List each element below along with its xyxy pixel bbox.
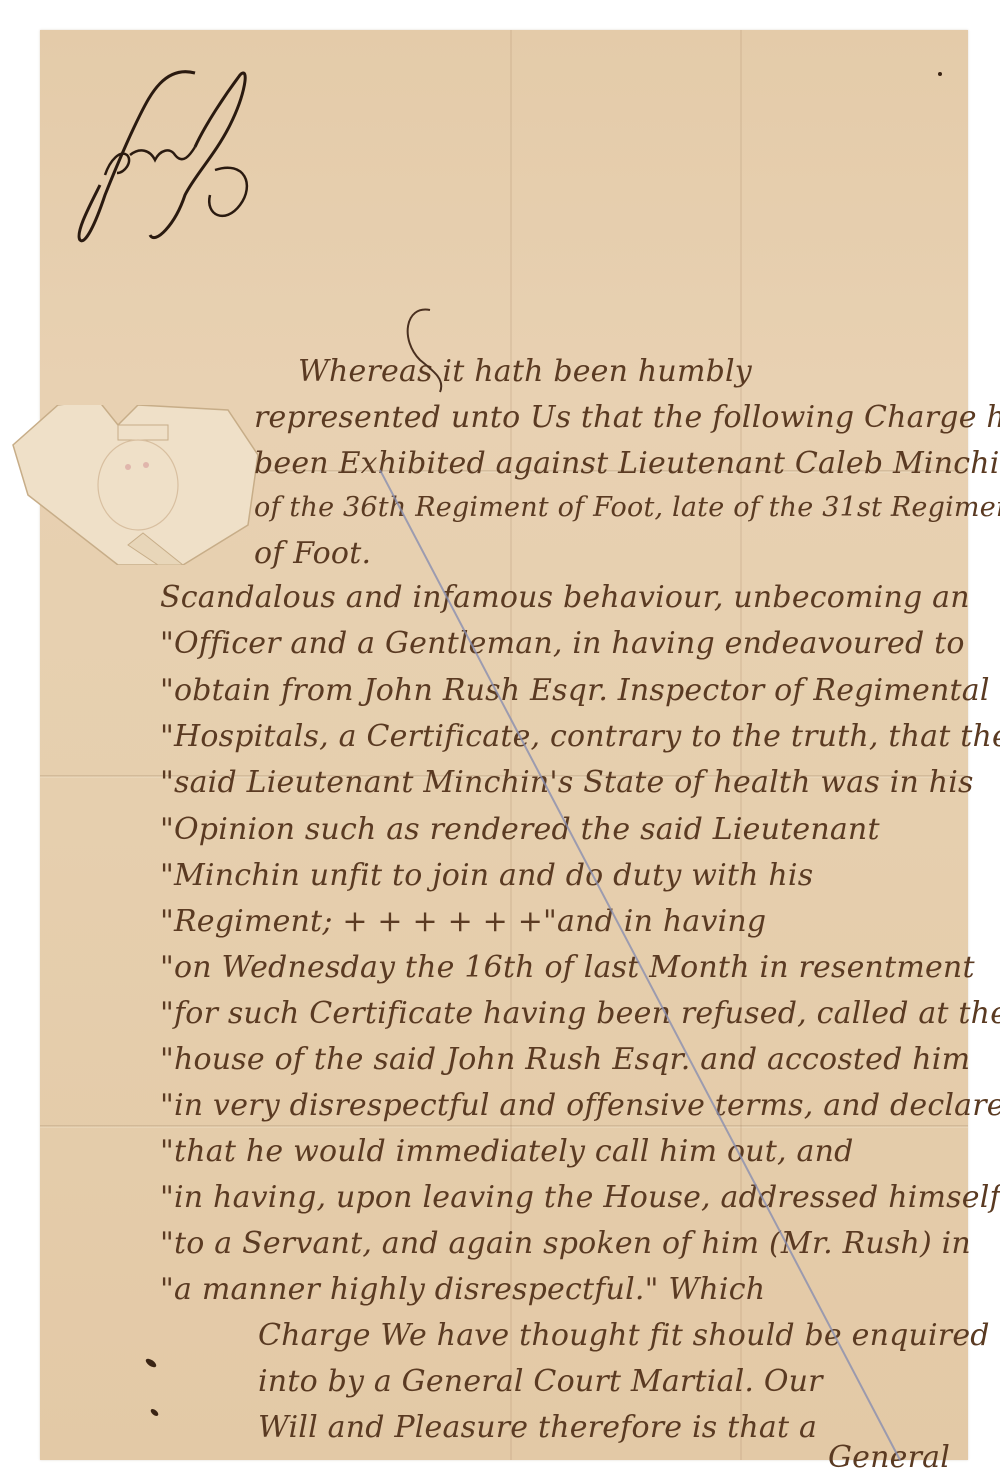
text-line: "that he would immediately call him out,… — [160, 1134, 854, 1169]
text-line: "Opinion such as rendered the said Lieut… — [160, 812, 880, 847]
text-line: been Exhibited against Lieutenant Caleb … — [254, 446, 1000, 481]
ink-stain — [938, 72, 942, 76]
text-line: "said Lieutenant Minchin's State of heal… — [160, 765, 974, 800]
text-line: "Officer and a Gentleman, in having ende… — [160, 626, 965, 661]
text-line: into by a General Court Martial. Our — [258, 1364, 823, 1399]
royal-signature-george-r — [55, 55, 295, 255]
text-line: Scandalous and infamous behaviour, unbec… — [160, 580, 970, 615]
text-line: General — [828, 1440, 950, 1475]
text-line: "Hospitals, a Certificate, contrary to t… — [160, 719, 1000, 754]
text-line: "house of the said John Rush Esqr. and a… — [160, 1042, 970, 1077]
text-line: "to a Servant, and again spoken of him (… — [160, 1226, 971, 1261]
text-line: represented unto Us that the following C… — [254, 400, 1000, 435]
text-line: Whereas it hath been humbly — [298, 354, 752, 389]
fold-crease — [40, 1125, 968, 1128]
text-line: "Regiment; + + + + + +"and in having — [160, 904, 766, 939]
text-line: of Foot. — [254, 536, 371, 571]
text-line: of the 36th Regiment of Foot, late of th… — [254, 492, 1000, 523]
text-line: "on Wednesday the 16th of last Month in … — [160, 950, 975, 985]
text-line: Charge We have thought fit should be enq… — [258, 1318, 990, 1353]
text-line: "in very disrespectful and offensive ter… — [160, 1088, 1000, 1123]
text-line: "obtain from John Rush Esqr. Inspector o… — [160, 673, 990, 708]
text-line: "a manner highly disrespectful." Which — [160, 1272, 765, 1307]
text-line: "in having, upon leaving the House, addr… — [160, 1180, 1000, 1215]
text-line: "Minchin unfit to join and do duty with … — [160, 858, 813, 893]
text-line: "for such Certificate having been refuse… — [160, 996, 1000, 1031]
embossed-seal-wafer — [8, 405, 283, 565]
text-line: Will and Pleasure therefore is that a — [258, 1410, 817, 1445]
